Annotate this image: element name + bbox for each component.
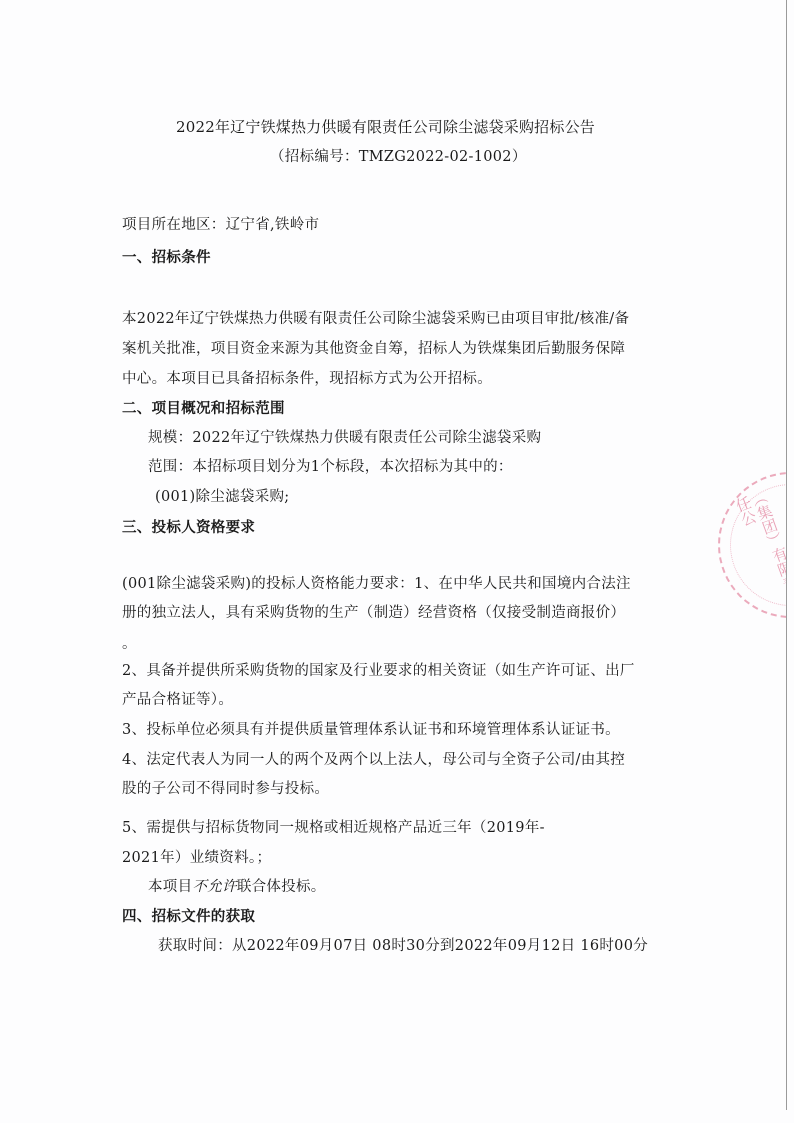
section-heading-document-acquisition: 四、招标文件的获取 [122, 907, 255, 927]
requirement-line: 产品合格证等）。 [122, 690, 233, 710]
requirement-line: 2、具备并提供所采购货物的国家及行业要求的相关资证（如生产许可证、出厂 [122, 661, 635, 681]
section-heading-bidder-qualifications: 三、投标人资格要求 [122, 518, 255, 538]
company-seal-icon: （集团）有限责任公 [718, 472, 786, 618]
lot-line: (001)除尘滤袋采购; [155, 487, 289, 507]
consortium-statement: 本项目不允许联合体投标。 [148, 877, 326, 897]
requirement-line: 4、法定代表人为同一人的两个及两个以上法人，母公司与全资子公司/由其控 [122, 750, 625, 770]
section-heading-project-overview: 二、项目概况和招标范围 [122, 399, 285, 419]
scope-line: 范围：本招标项目划分为1个标段，本次招标为其中的： [148, 457, 513, 477]
scale-line: 规模：2022年辽宁铁煤热力供暖有限责任公司除尘滤袋采购 [148, 428, 541, 448]
tender-number: （招标编号：TMZG2022-02-1002） [270, 147, 527, 167]
document-page: 2022年辽宁铁煤热力供暖有限责任公司除尘滤袋采购招标公告 （招标编号：TMZG… [0, 0, 794, 1123]
section-heading-tender-conditions: 一、招标条件 [122, 248, 211, 268]
consortium-emphasis: 不允许 [192, 879, 236, 895]
consortium-prefix: 本项目 [148, 879, 192, 895]
requirement-line: 5、需提供与招标货物同一规格或相近规格产品近三年（2019年- [122, 818, 545, 838]
requirement-line: 3、投标单位必须具有并提供质量管理体系认证书和环境管理体系认证证书。 [122, 720, 620, 740]
document-title: 2022年辽宁铁煤热力供暖有限责任公司除尘滤袋采购招标公告 [176, 117, 595, 137]
paragraph-line: 中心。本项目已具备招标条件，现招标方式为公开招标。 [122, 369, 492, 389]
requirement-line: 股的子公司不得同时参与投标。 [122, 779, 329, 799]
acquisition-time: 获取时间：从2022年09月07日 08时30分到2022年09月12日 16时… [158, 936, 648, 956]
paragraph-line: 案机关批准，项目资金来源为其他资金自筹，招标人为铁煤集团后勤服务保障 [122, 339, 625, 359]
requirement-line: 册的独立法人，具有采购货物的生产（制造）经营资格（仅接受制造商报价） [122, 603, 625, 623]
scan-edge-divider [786, 0, 787, 1110]
requirement-line: (001除尘滤袋采购)的投标人资格能力要求：1、在中华人民共和国境内合法注 [122, 574, 631, 594]
consortium-suffix: 联合体投标。 [237, 879, 326, 895]
requirement-line: 2021年）业绩资料。； [122, 848, 271, 868]
requirement-line: 。 [122, 634, 137, 654]
seal-inner-ring [730, 484, 786, 606]
project-location: 项目所在地区：辽宁省,铁岭市 [122, 215, 319, 235]
paragraph-line: 本2022年辽宁铁煤热力供暖有限责任公司除尘滤袋采购已由项目审批/核准/备 [122, 309, 629, 329]
seal-text: （集团）有限责任公 [732, 488, 786, 609]
